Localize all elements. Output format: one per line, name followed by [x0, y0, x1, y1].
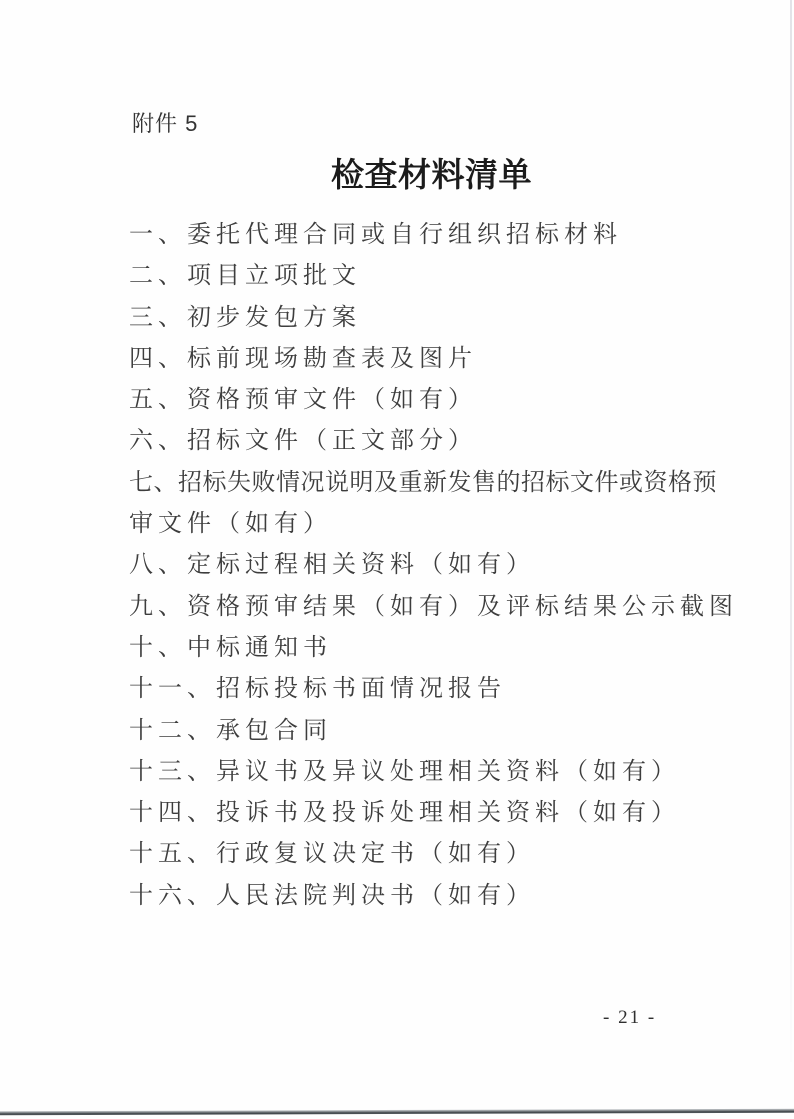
checklist-line-8: 八、定标过程相关资料（如有）: [129, 545, 738, 586]
document-page: 附件 5 检查材料清单 一、委托代理合同或自行组织招标材料 二、项目立项批文 三…: [0, 0, 794, 1119]
checklist-line-15: 十五、行政复议决定书（如有）: [129, 834, 738, 875]
checklist-line-1: 一、委托代理合同或自行组织招标材料: [129, 215, 738, 256]
checklist-line-10: 十、中标通知书: [129, 628, 738, 669]
checklist-line-6: 六、招标文件（正文部分）: [129, 421, 738, 462]
checklist-line-14: 十四、投诉书及投诉处理相关资料（如有）: [129, 793, 738, 834]
page-title: 检查材料清单: [331, 156, 532, 196]
checklist-line-11: 十一、招标投标书面情况报告: [129, 669, 738, 710]
checklist-line-12: 十二、承包合同: [129, 711, 738, 752]
checklist-line-3: 三、初步发包方案: [129, 298, 738, 339]
checklist: 一、委托代理合同或自行组织招标材料 二、项目立项批文 三、初步发包方案 四、标前…: [129, 215, 738, 917]
checklist-line-16: 十六、人民法院判决书（如有）: [129, 876, 738, 917]
checklist-line-13: 十三、异议书及异议处理相关资料（如有）: [129, 752, 738, 793]
page-number: - 21 -: [603, 1006, 656, 1030]
scan-right-edge-artifact: [790, 0, 792, 1062]
checklist-line-9: 九、资格预审结果（如有）及评标结果公示截图: [129, 587, 738, 628]
checklist-line-4: 四、标前现场勘查表及图片: [129, 339, 738, 380]
checklist-line-2: 二、项目立项批文: [129, 256, 738, 297]
scan-bottom-edge-artifact: [0, 1109, 794, 1116]
checklist-line-7: 七、招标失败情况说明及重新发售的招标文件或资格预: [129, 463, 738, 504]
checklist-line-7-continued: 审文件（如有）: [129, 504, 738, 545]
attachment-label: 附件 5: [132, 110, 198, 137]
checklist-line-5: 五、资格预审文件（如有）: [129, 380, 738, 421]
